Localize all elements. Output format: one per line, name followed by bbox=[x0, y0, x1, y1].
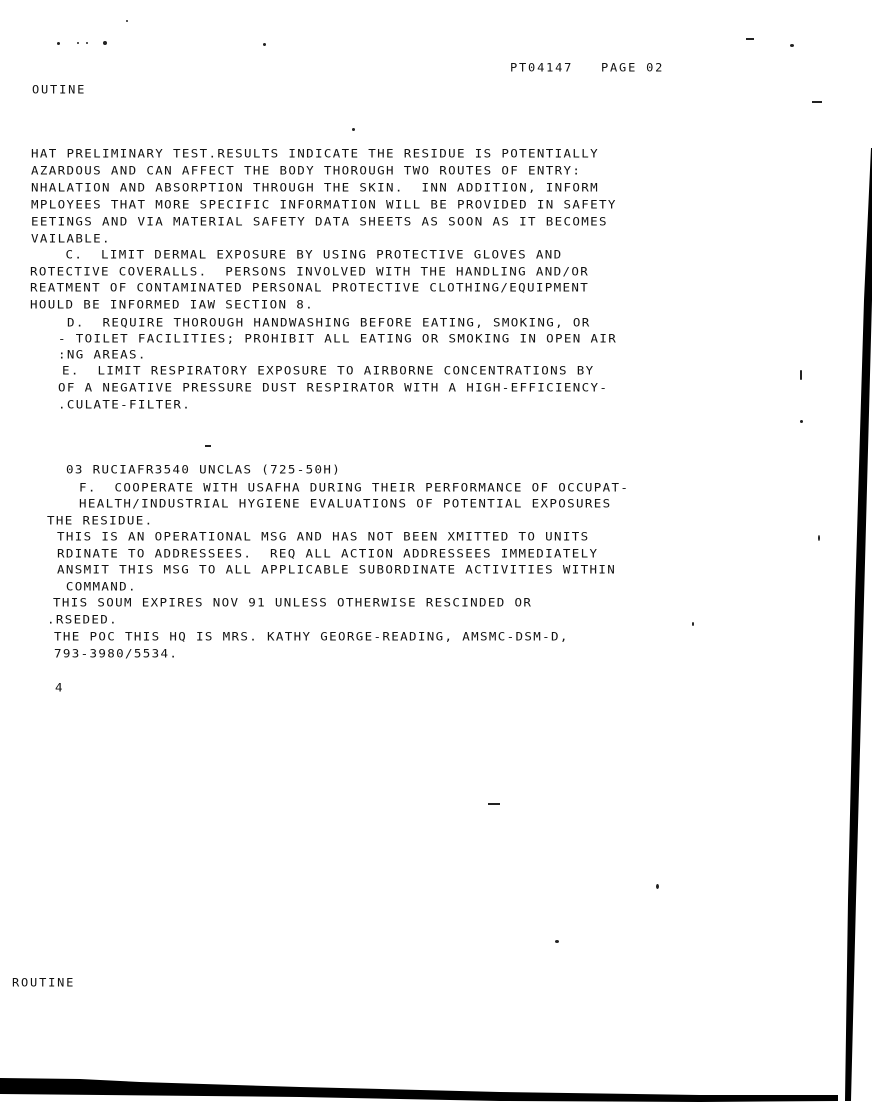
body-line: THE POC THIS HQ IS MRS. KATHY GEORGE-REA… bbox=[54, 630, 569, 643]
body-line: EETINGS AND VIA MATERIAL SAFETY DATA SHE… bbox=[31, 215, 608, 228]
body-line: - TOILET FACILITIES; PROHIBIT ALL EATING… bbox=[58, 332, 617, 345]
body-line: VAILABLE. bbox=[31, 232, 111, 245]
body-line: .RSEDED. bbox=[47, 613, 118, 626]
body-line: ANSMIT THIS MSG TO ALL APPLICABLE SUBORD… bbox=[57, 563, 616, 576]
end-mark: 4 bbox=[55, 681, 64, 694]
body-line: AZARDOUS AND CAN AFFECT THE BODY THOROUG… bbox=[31, 164, 581, 177]
page-number: PAGE 02 bbox=[601, 61, 664, 74]
precedence-top: OUTINE bbox=[32, 83, 86, 96]
body-line: ROTECTIVE COVERALLS. PERSONS INVOLVED WI… bbox=[30, 265, 589, 278]
scan-speck bbox=[790, 44, 794, 47]
precedence-bottom: ROUTINE bbox=[12, 976, 75, 989]
scan-speck bbox=[126, 20, 128, 22]
body-line: HOULD BE INFORMED IAW SECTION 8. bbox=[30, 298, 314, 311]
body-line: F. COOPERATE WITH USAFHA DURING THEIR PE… bbox=[79, 481, 629, 494]
body-line: THIS IS AN OPERATIONAL MSG AND HAS NOT B… bbox=[57, 530, 590, 543]
scan-speck bbox=[692, 622, 694, 626]
scan-speck bbox=[800, 420, 803, 423]
scan-speck bbox=[86, 42, 88, 44]
scan-speck bbox=[818, 535, 820, 541]
body-line: RDINATE TO ADDRESSEES. REQ ALL ACTION AD… bbox=[57, 547, 598, 560]
body-line: E. LIMIT RESPIRATORY EXPOSURE TO AIRBORN… bbox=[62, 364, 595, 377]
scan-speck bbox=[77, 42, 79, 44]
scan-speck bbox=[488, 803, 500, 805]
scan-speck bbox=[57, 42, 60, 45]
scan-speck bbox=[656, 884, 659, 889]
message-id: PT04147 bbox=[510, 61, 573, 74]
scan-speck bbox=[263, 43, 266, 46]
scan-speck bbox=[812, 101, 822, 103]
body-line: :NG AREAS. bbox=[58, 348, 147, 361]
body-line: THE RESIDUE. bbox=[47, 514, 154, 527]
body-line: HEALTH/INDUSTRIAL HYGIENE EVALUATIONS OF… bbox=[79, 497, 612, 510]
body-line: REATMENT OF CONTAMINATED PERSONAL PROTEC… bbox=[30, 281, 589, 294]
body-line: COMMAND. bbox=[57, 580, 137, 593]
body-line: .CULATE-FILTER. bbox=[58, 398, 191, 411]
body-line: C. LIMIT DERMAL EXPOSURE BY USING PROTEC… bbox=[30, 248, 563, 261]
scan-speck bbox=[103, 41, 107, 45]
body-line: HAT PRELIMINARY TEST.RESULTS INDICATE TH… bbox=[31, 147, 599, 160]
scan-speck bbox=[205, 445, 211, 447]
section-header: 03 RUCIAFR3540 UNCLAS (725-50H) bbox=[66, 463, 341, 476]
scan-speck bbox=[800, 370, 802, 380]
body-line: 793-3980/5534. bbox=[54, 647, 178, 660]
scan-speck bbox=[555, 940, 559, 943]
scan-speck bbox=[746, 38, 754, 40]
scanned-message-page: PT04147 PAGE 02 OUTINE HAT PRELIMINARY T… bbox=[0, 0, 872, 1112]
body-line: D. REQUIRE THOROUGH HANDWASHING BEFORE E… bbox=[67, 316, 591, 329]
body-line: OF A NEGATIVE PRESSURE DUST RESPIRATOR W… bbox=[58, 381, 608, 394]
body-line: NHALATION AND ABSORPTION THROUGH THE SKI… bbox=[31, 181, 599, 194]
scan-speck bbox=[352, 128, 355, 131]
body-line: MPLOYEES THAT MORE SPECIFIC INFORMATION … bbox=[31, 198, 617, 211]
body-line: THIS SOUM EXPIRES NOV 91 UNLESS OTHERWIS… bbox=[53, 596, 532, 609]
